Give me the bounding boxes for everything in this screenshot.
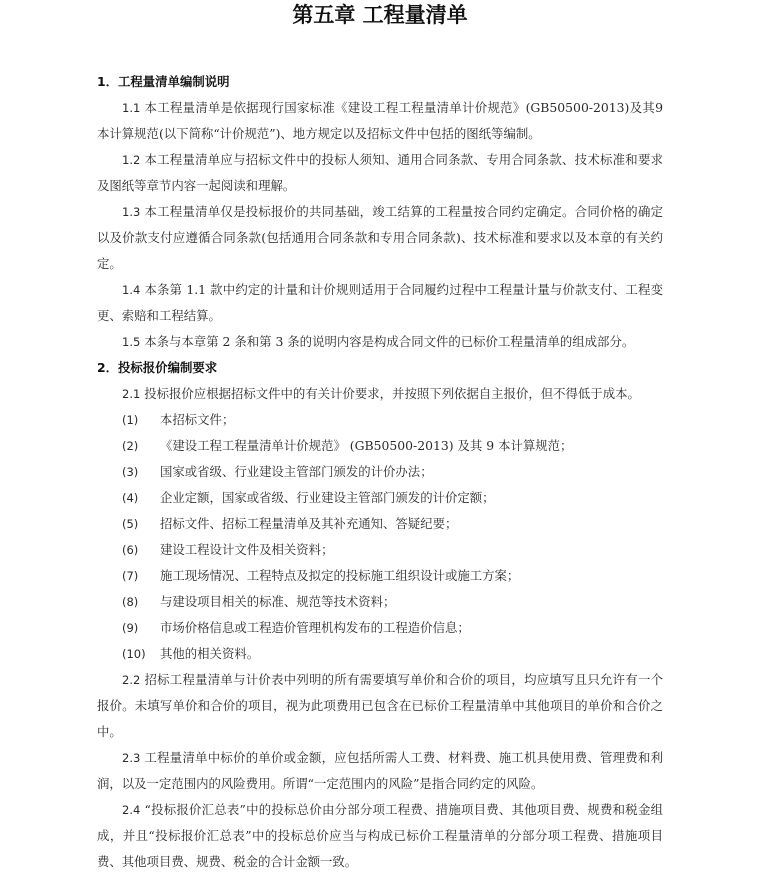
paragraph-1-4: 1.4 本条第 1.1 款中约定的计量和计价规则适用于合同履约过程中工程量计量与… — [97, 277, 663, 329]
chapter-title: 第五章 工程量清单 — [0, 0, 760, 30]
document-page: 第五章 工程量清单 1．工程量清单编制说明 1.1 本工程量清单是依据现行国家标… — [0, 0, 760, 876]
paragraph-1-5: 1.5 本条与本章第 2 条和第 3 条的说明内容是构成合同文件的已标价工程量清… — [97, 329, 663, 355]
list-item: (5)招标文件、招标工程量清单及其补充通知、答疑纪要； — [97, 511, 663, 537]
list-item: (4)企业定额，国家或省级、行业建设主管部门颁发的计价定额； — [97, 485, 663, 511]
list-item: (9)市场价格信息或工程造价管理机构发布的工程造价信息； — [97, 615, 663, 641]
list-item: (6)建设工程设计文件及相关资料； — [97, 537, 663, 563]
list-item: (10)其他的相关资料。 — [97, 641, 663, 667]
document-body: 1．工程量清单编制说明 1.1 本工程量清单是依据现行国家标准《建设工程工程量清… — [97, 69, 663, 875]
paragraph-1-1: 1.1 本工程量清单是依据现行国家标准《建设工程工程量清单计价规范》(GB505… — [97, 95, 663, 147]
paragraph-1-2: 1.2 本工程量清单应与招标文件中的投标人须知、通用合同条款、专用合同条款、技术… — [97, 147, 663, 199]
paragraph-1-3: 1.3 本工程量清单仅是投标报价的共同基础，竣工结算的工程量按合同约定确定。合同… — [97, 199, 663, 277]
basis-list: (1)本招标文件； (2)《建设工程工程量清单计价规范》 (GB50500-20… — [97, 407, 663, 667]
paragraph-2-4: 2.4 “投标报价汇总表”中的投标总价由分部分项工程费、措施项目费、其他项目费、… — [97, 797, 663, 875]
list-item: (7)施工现场情况、工程特点及拟定的投标施工组织设计或施工方案； — [97, 563, 663, 589]
list-item: (8)与建设项目相关的标准、规范等技术资料； — [97, 589, 663, 615]
paragraph-2-1: 2.1 投标报价应根据招标文件中的有关计价要求，并按照下列依据自主报价，但不得低… — [97, 381, 663, 407]
section-heading-1: 1．工程量清单编制说明 — [97, 69, 663, 95]
list-item: (2)《建设工程工程量清单计价规范》 (GB50500-2013) 及其 9 本… — [97, 433, 663, 459]
paragraph-2-3: 2.3 工程量清单中标价的单价或金额，应包括所需人工费、材料费、施工机具使用费、… — [97, 745, 663, 797]
section-heading-2: 2．投标报价编制要求 — [97, 355, 663, 381]
list-item: (3)国家或省级、行业建设主管部门颁发的计价办法； — [97, 459, 663, 485]
list-item: (1)本招标文件； — [97, 407, 663, 433]
paragraph-2-2: 2.2 招标工程量清单与计价表中列明的所有需要填写单价和合价的项目，均应填写且只… — [97, 667, 663, 745]
